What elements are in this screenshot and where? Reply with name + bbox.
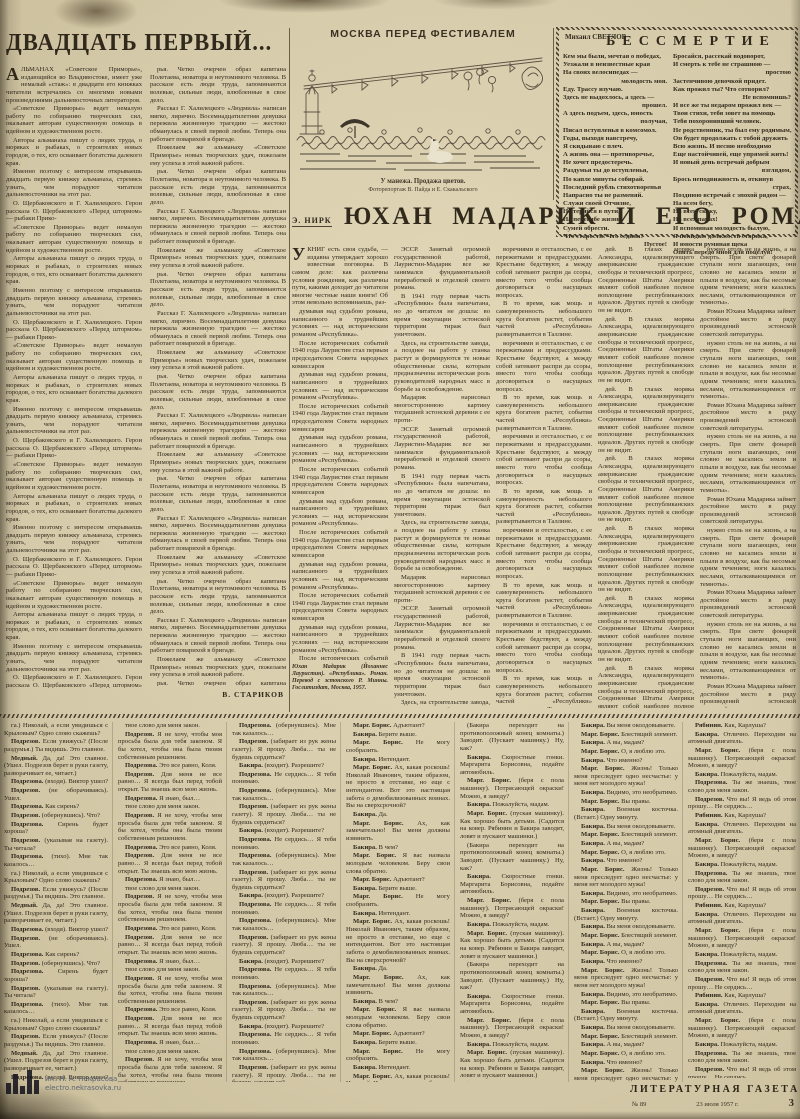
play-line: Подрезова. (входя). Виктор ушел?	[4, 926, 108, 934]
play-line: Подрезов. (указывая на газету). Ты читал…	[4, 985, 108, 1000]
poem-line: Что старости! Что седина?	[563, 233, 667, 241]
play-line: Подрезов. Я не хочу, чтобы моя просьба б…	[118, 893, 222, 924]
play-line: Подрезова. Это все равно, Коля.	[118, 1006, 222, 1014]
play-line: Бакира. Пожалуйста, мадам.	[688, 1041, 796, 1049]
newspaper-page: ДВАДЦАТЬ ПЕРВЫЙ... АЛЬМАНАХ «Советское П…	[0, 0, 800, 1119]
body-paragraph: думывая над судьбою романа, написанного …	[292, 498, 388, 529]
body-paragraph: Рассказ Г. Халилецкого «Людмила» написан…	[150, 208, 286, 246]
play-line: Марг. Борис. О, я люблю это.	[574, 1050, 678, 1058]
body-paragraph: Авторы альманаха пишут о людях труда, о …	[6, 611, 142, 642]
body-paragraph: воречиями и отсталостью, с ее пережиткам…	[496, 246, 592, 299]
body-paragraph: После исторических событий 1940 года Лау…	[292, 340, 388, 371]
body-paragraph: Именно поэтому с интересом открываешь дв…	[6, 643, 142, 674]
poem-line: страх,	[673, 184, 791, 192]
play-line: Марг. Борис. Вы правы.	[574, 798, 678, 806]
play-line: Подрезов. (забирает из рук жены газету).…	[232, 803, 336, 826]
body-paragraph: Здесь, на строительстве завода, а поздне…	[394, 340, 490, 393]
body-paragraph: Именно поэтому с интересом открываешь дв…	[6, 524, 142, 555]
body-paragraph: Рассказ Г. Халилецкого «Людмила» написан…	[150, 412, 286, 450]
article2-lead-paragraph: УКНИГ есть своя судьба, — издавна утверж…	[292, 246, 388, 307]
body-paragraph: Роман Юхана Мадарика займет достойное ме…	[700, 683, 796, 708]
play-line: Медный. Да, да! Это главное. (Ушел. Подр…	[4, 755, 108, 778]
body-paragraph: нужно столь не на жизнь, а на смерть. Пр…	[700, 246, 796, 307]
body-paragraph: О. Щербаковского и Г. Халилецкого. Герои…	[6, 200, 142, 223]
play-line: Марг. Борис. Жизнь! Только меня преследу…	[574, 866, 678, 889]
body-paragraph: Пожелаем же альманаху «Советское Приморь…	[150, 144, 286, 167]
play-line: Марг. Борис. (беря с пола машинку). Потр…	[460, 777, 564, 800]
issue-number: № 89	[632, 1101, 646, 1108]
body-paragraph: Рассказ Г. Халилецкого «Людмила» написан…	[150, 515, 286, 553]
play-line: Марг. Борис. (пуская машинку). Как хорош…	[460, 1049, 564, 1080]
play-line: Марг. Борис. (беря с пола машинку). Потр…	[688, 1017, 796, 1040]
play-line: Бакира. Скоростные гонки. Маргарита Бори…	[460, 993, 564, 1016]
play-line: Бакира. Отлично. Переходим на атомный дв…	[688, 1001, 796, 1016]
masthead: ЛИТЕРАТУРНАЯ ГАЗЕТА	[630, 1084, 796, 1095]
play-line: Марг. Борис. О, я люблю это.	[574, 949, 678, 957]
body-paragraph: рья. Четко очерчен образ капитана Полета…	[150, 475, 286, 513]
play-line: Бакира. (входит). Разрешите?	[232, 1023, 336, 1031]
play-line: Подрезова. Не сердись… Я тебя понимаю.	[232, 901, 336, 916]
play-line: Бакира. Интендант.	[346, 1064, 450, 1072]
article1-title: ДВАДЦАТЬ ПЕРВЫЙ...	[6, 30, 274, 57]
body-paragraph: «Советское Приморье» ведет немалую работ…	[6, 342, 142, 373]
play-line: Подрезова. Не сердись… Я тебя понимаю.	[232, 836, 336, 851]
play-line: Подрезов. Что вы! Я ведь об этом прошу… …	[688, 1066, 796, 1078]
play-line: Бакира. Пожалуйста, мадам.	[460, 801, 564, 809]
body-paragraph: дей. В глазах моряка Александра, идеализ…	[598, 386, 694, 455]
body-paragraph: рья. Четко очерчен образ капитана Полета…	[150, 271, 286, 309]
play-line: Бакира. Видимо, это необратимо.	[574, 991, 678, 999]
play-line: Марг. Борис. (беря с пола машинку). Потр…	[460, 897, 564, 920]
play-line: Подрезов. Если увижусь? (После раздумья.…	[4, 886, 108, 901]
play-column-5: (Бакира переходит на противоположный кон…	[460, 722, 564, 1082]
play-line: Бакира. А вы, мадам?	[574, 941, 678, 949]
body-paragraph: В то время, как мощь и самоуверенность н…	[496, 394, 592, 432]
body-paragraph: ЭССР. Занятый огромной государственной р…	[394, 426, 490, 472]
play-column-2: твое слово для меня закон.Подрезов. Я не…	[118, 722, 222, 1082]
play-line: Бакира. Военная косточка. (Встает.) Одну…	[574, 806, 678, 821]
play-line: Бакира. Что именно?	[574, 1059, 678, 1067]
play-line: твое слово для меня закон.	[118, 885, 222, 893]
play-line: Марг. Борис. Вы правы.	[574, 999, 678, 1007]
play-line: твое слово для меня закон.	[118, 966, 222, 974]
play-column-1: га.) Николай, а если увидишься с Крыловы…	[4, 722, 108, 1082]
page-number: 3	[788, 1097, 794, 1109]
body-paragraph: думывая над судьбою романа, написанного …	[292, 308, 388, 339]
play-line: Бакира. Военная косточка. (Встает.) Одну…	[574, 1008, 678, 1023]
play-line: Марг. Борис. Блестящий элемент.	[574, 932, 678, 940]
play-line: Марг. Борис. О, я люблю это.	[574, 849, 678, 857]
play-line: Подрезова. Не сердись… Я тебя понимаю.	[232, 1031, 336, 1046]
play-line: Рябинин. Как, Карлуша?	[688, 812, 796, 820]
play-line: Подрезов. (указывая на газету). Ты читал…	[4, 837, 108, 852]
play-line: Бакира. В чем?	[346, 844, 450, 852]
body-paragraph: Пожелаем же альманаху «Советское Приморь…	[150, 554, 286, 577]
play-line: (Бакира переходит на противоположный кон…	[460, 722, 564, 753]
play-line: Подрезов. Я не хочу, чтобы моя просьба б…	[118, 812, 222, 843]
play-line: Подрезов. Если увижусь? (После раздумья.…	[4, 738, 108, 753]
body-paragraph: В то время, как мощь и самоуверенность н…	[496, 300, 592, 338]
play-line: Бакира. Отлично. Переходим на атомный дв…	[688, 821, 796, 836]
play-line: Бакира. Интендант.	[346, 910, 450, 918]
play-line: Подрезов. Что вы! Я ведь об этом прошу… …	[688, 886, 796, 901]
play-line: Бакира. Вы меня околдовываете.	[574, 823, 678, 831]
poem-line: Напрасно ты не разменяй.	[563, 192, 667, 200]
play-line: Подрезова. Ты же знаешь, твое слово для …	[688, 1050, 796, 1065]
poem-line: По капле минуты собирай.	[563, 176, 667, 184]
body-paragraph: дей. В глазах моряка Александра, идеализ…	[598, 525, 694, 594]
library-logo-icon	[6, 1070, 39, 1094]
play-line: га.) Николай, а если увидишься с Крыловы…	[4, 870, 108, 885]
body-paragraph: «Советское Приморье» ведет немалую работ…	[6, 580, 142, 611]
body-paragraph: Именно поэтому с интересом открываешь дв…	[6, 168, 142, 199]
body-paragraph: Пожелаем же альманаху «Советское Приморь…	[150, 349, 286, 372]
body-paragraph: Роман Юхана Мадарика займет достойное ме…	[700, 589, 796, 620]
play-line: Марг. Борис. Ах, какая роскошь! Николай …	[346, 1073, 450, 1082]
play-line: Бакира. Пожалуйста, мадам.	[688, 861, 796, 869]
library-watermark: им. Н. А. Некрасова electro.nekrasovka.r…	[6, 1070, 121, 1094]
poem-line: прошел.	[563, 102, 667, 110]
body-paragraph: О. Щербаковского и Г. Халилецкого. Герои…	[6, 319, 142, 342]
body-paragraph: нужно столь не на жизнь, а на смерть. Пр…	[700, 527, 796, 588]
play-line: Бакира. (входит). Разрешите?	[232, 827, 336, 835]
body-paragraph: После исторических событий 1940 года Лау…	[292, 466, 388, 497]
play-line: Подрезов. Я не хочу, чтобы моя просьба б…	[118, 975, 222, 1006]
play-line: Марг. Борис. Жизнь! Только меня преследу…	[574, 967, 678, 990]
play-line: Подрезов. (забирает из рук жены газету).…	[232, 738, 336, 761]
play-line: Подрезов. (обернувшись). Что?	[4, 960, 108, 968]
body-paragraph: дей. В глазах моряка Александра, идеализ…	[598, 246, 694, 315]
play-line: (Бакира переходит на противоположный кон…	[460, 842, 564, 873]
play-line: Бакира. Отлично. Переходим на атомный дв…	[688, 731, 796, 746]
body-paragraph: После исторических событий 1940 года Лау…	[292, 655, 388, 660]
play-line: Подрезова. (обернувшись). Мне так казало…	[232, 852, 336, 867]
play-line: Бакира. Пожалуйста, мадам.	[460, 921, 564, 929]
play-line: твое слово для меня закон.	[118, 722, 222, 730]
play-line: Марг. Борис. Ах, как замечательно! Вы ме…	[346, 820, 450, 843]
play-line: Марг. Борис. (беря с пола машинку). Потр…	[688, 747, 796, 770]
poem-line: Не вспомнишь?	[673, 94, 791, 102]
poem-line: Годы, выходя навстречу,	[563, 135, 667, 143]
play-line: Подрезова. Как сирень?	[4, 803, 108, 811]
play-line: Подрезова. Я знаю, был…	[118, 795, 222, 803]
poem-author: Михаил СВЕТЛОВ	[565, 33, 626, 41]
poem-line: Еду. Трассу изучаю.	[563, 86, 667, 94]
play-line: Подрезов. Для меня не все равно… Я всегд…	[118, 1015, 222, 1038]
body-paragraph: рья. Четко очерчен образ капитана Полета…	[150, 66, 286, 104]
poem-line: И новый день встречай добрым	[673, 159, 791, 167]
play-line: Марг. Борис. Ах, какая роскошь! Николай …	[346, 918, 450, 964]
play-col-rule	[226, 722, 227, 1082]
play-line: Бакира. Видимо, это необратимо.	[574, 789, 678, 797]
play-line: Подрезова. Сирень будет хороша?	[4, 821, 108, 836]
play-line: Бакира. Берите выше.	[346, 731, 450, 739]
body-paragraph: рья. Четко очерчен образ капитана Полета…	[150, 680, 286, 686]
body-paragraph: О. Щербаковского и Г. Халилецкого. Герои…	[6, 437, 142, 460]
play-line: Бакира. Пожалуйста, мадам.	[688, 771, 796, 779]
play-line: Марг. Борис. Не могу сообразить.	[346, 1048, 450, 1063]
play-line: Подрезов. (забирает из рук жены газету).…	[232, 869, 336, 892]
play-line: Марг. Борис. Ах, как замечательно! Вы ме…	[346, 974, 450, 997]
play-line: Подрезов. Для меня не все равно… Я всегд…	[118, 771, 222, 794]
play-line: Марг. Борис. (беря с пола машинку). Потр…	[688, 927, 796, 950]
play-line: Марг. Борис. Блестящий элемент.	[574, 731, 678, 739]
play-line: Бакира. Отлично. Переходим на атомный дв…	[688, 911, 796, 926]
play-line: Бакира. Берите выше.	[346, 1039, 450, 1047]
body-paragraph: Авторы альманаха пишут о людях труда, о …	[6, 137, 142, 168]
play-line: Подрезова. Ты же знаешь, твое слово для …	[688, 779, 796, 794]
poem-line: Кем мы были, мечтая о победах,	[563, 53, 667, 61]
play-line: Медный. Да, да! Это главное. (Ушел. Подр…	[4, 902, 108, 925]
play-line: Подрезова. Не сердись… Я тебя понимаю.	[232, 966, 336, 981]
body-paragraph: воречиями и отсталостью, с ее пережиткам…	[496, 527, 592, 580]
body-paragraph: В то время, как мощь и самоуверенность н…	[496, 675, 592, 708]
play-line: Бакира. Что именно?	[574, 958, 678, 966]
poem-line: Я покидаю должность старика,	[673, 233, 791, 241]
article1-signature: В. СТАРИКОВ	[148, 690, 284, 699]
play-line: Рябинин. Как, Карлуша?	[688, 722, 796, 730]
body-paragraph: Роман Юхана Мадарика займет достойное ме…	[700, 308, 796, 339]
poem-line: Брось неподвижность и, откинув	[673, 176, 791, 184]
play-line: Рябинин. Как, Карлуша?	[688, 992, 796, 1000]
poem-line: Твои стихи, тебя зовет на помощь	[673, 110, 791, 118]
poem-line: получая,	[563, 118, 667, 126]
newspaper-footer: ЛИТЕРАТУРНАЯ ГАЗЕТА № 89 23 июля 1957 г.…	[630, 1084, 796, 1109]
play-line: Подрезова. Это все равно, Коля.	[118, 762, 222, 770]
poem-line: простою	[673, 69, 791, 77]
poem-line: Бросайся, рассекай водоворот,	[673, 53, 791, 61]
play-line: Подрезова. Это все равно, Коля.	[118, 844, 222, 852]
article2-column-4: дей. В глазах моряка Александра, идеализ…	[598, 246, 694, 708]
poem-line: Еще настойчивей, еще упрямей жить!	[673, 151, 791, 159]
body-paragraph: рья. Четко очерчен образ капитана Полета…	[150, 168, 286, 206]
body-paragraph: думывая над судьбою романа, написанного …	[292, 434, 388, 465]
play-line: Подрезов. (обернувшись). Что?	[4, 812, 108, 820]
play-line: Марг. Борис. (беря с пола машинку). Потр…	[460, 1017, 564, 1040]
body-paragraph: Пожелаем же альманаху «Советское Приморь…	[150, 247, 286, 270]
play-line: Подрезова. Ты же знаешь, твое слово для …	[688, 960, 796, 975]
body-paragraph: Роман Юхана Мадарика займет достойное ме…	[700, 402, 796, 433]
play-line: Подрезов. Что вы! Я ведь об этом прошу… …	[688, 796, 796, 811]
play-line: Подрезов. (забирает из рук жены газету).…	[232, 1064, 336, 1082]
play-column-3: Подрезова. (обернувшись). Мне так казало…	[232, 722, 336, 1082]
body-paragraph: рья. Четко очерчен образ капитана Полета…	[150, 373, 286, 411]
play-line: Бакира. Пожалуйста, мадам.	[688, 951, 796, 959]
issue-date: 23 июля 1957 г.	[696, 1101, 738, 1108]
play-line: Бакира. Военная косточка. (Встает.) Одну…	[574, 907, 678, 922]
body-paragraph: думывая над судьбою романа, написанного …	[292, 624, 388, 655]
poem-line: Раздумья ты до вступленья,	[563, 167, 667, 175]
play-line: Подрезов. (забирает из рук жены газету).…	[232, 934, 336, 957]
play-line: Бакира. А вы, мадам?	[574, 840, 678, 848]
play-line: Подрезов. Если увижусь? (После раздумья.…	[4, 1033, 108, 1048]
body-paragraph: Рассказ Г. Халилецкого «Людмила» написан…	[150, 617, 286, 655]
poem-line: На своих велосипедах —	[563, 69, 667, 77]
play-col-rule	[682, 722, 683, 1082]
play-line: твое слово для меня закон.	[118, 1048, 222, 1056]
poem-line: И все же ты недаром прожил век —	[673, 102, 791, 110]
poem-line: Здесь не выдохлось, а здесь —	[563, 94, 667, 102]
body-paragraph: Авторы альманаха пишут о людях труда, о …	[6, 374, 142, 405]
poem-line: Он будет продолжать с тобой дружить	[673, 135, 791, 143]
body-paragraph: «Советское Приморье» ведет немалую работ…	[6, 224, 142, 255]
crowd-sketch-drawing	[292, 42, 554, 176]
play-line: Подрезова. (тихо). Мне так казалось…	[4, 1001, 108, 1016]
body-paragraph: После исторических событий 1940 года Лау…	[292, 529, 388, 560]
play-line: Марг. Борис. Не могу сообразить.	[346, 739, 450, 754]
play-line: Марг. Борис. Ах, какая роскошь! Николай …	[346, 764, 450, 810]
body-paragraph: ЭССР. Занятый огромной государственной р…	[394, 605, 490, 651]
play-line: га.) Николай, а если увидишься с Крыловы…	[4, 1017, 108, 1032]
body-paragraph: Авторы альманаха пишут о людях труда, о …	[6, 255, 142, 286]
play-line: Подрезов. Я не хочу, чтобы моя просьба б…	[118, 731, 222, 762]
body-paragraph: ЭССР. Занятый огромной государственной р…	[394, 246, 490, 292]
body-paragraph: дей. В глазах моряка Александра, идеализ…	[598, 665, 694, 708]
section-divider	[0, 714, 800, 718]
body-paragraph: Мадарик нарисовал многостороннюю картину…	[394, 574, 490, 605]
play-line: Подрезов. Для меня не все равно… Я всегд…	[118, 852, 222, 875]
body-paragraph: нужно столь не на жизнь, а на смерть. Пр…	[700, 621, 796, 682]
body-paragraph: После исторических событий 1940 года Лау…	[292, 403, 388, 434]
play-column-6: Бакира. Вы меня околдовываете.Марг. Бори…	[574, 722, 678, 1082]
play-line: Бакира. Да.	[346, 811, 450, 819]
body-paragraph: В то время, как мощь и самоуверенность н…	[496, 488, 592, 526]
play-line: Подрезова. (обернувшись). Мне так казало…	[232, 1048, 336, 1063]
play-col-rule	[112, 722, 113, 1082]
poem-line: Позднюю встречай с эпохой рядом —	[673, 192, 791, 200]
poem-line: Не родственник, ты был ему родимым,	[673, 127, 791, 135]
play-line: Марг. Борис. Адъютант?	[346, 1030, 450, 1038]
play-line: Марг. Борис. (пуская машинку). Как хорош…	[460, 930, 564, 961]
poem-line: Как прожил ты? Что сотворил?	[673, 86, 791, 94]
play-line: Бакира. Да.	[346, 965, 450, 973]
body-paragraph: В то время, как мощь и самоуверенность н…	[496, 582, 592, 620]
library-url[interactable]: electro.nekrasovka.ru	[45, 1084, 121, 1093]
play-line: Подрезова. (обернувшись). Мне так казало…	[232, 722, 336, 737]
play-line: Марг. Борис. Блестящий элемент.	[574, 1033, 678, 1041]
body-paragraph: В 1941 году первая часть «Республики» бы…	[394, 293, 490, 339]
article1-column-2: рья. Четко очерчен образ капитана Полета…	[150, 66, 286, 686]
body-paragraph: думывая над судьбою романа, написанного …	[292, 561, 388, 592]
article2-column-2: ЭССР. Занятый огромной государственной р…	[394, 246, 490, 708]
play-line: Бакира. Берите выше.	[346, 885, 450, 893]
body-paragraph: дей. В глазах моряка Александра, идеализ…	[598, 316, 694, 385]
play-line: Бакира. Вы меня околдовываете.	[574, 1024, 678, 1032]
photo-feature-title: МОСКВА ПЕРЕД ФЕСТИВАЛЕМ	[292, 28, 554, 40]
body-paragraph: думывая над судьбою романа, написанного …	[292, 371, 388, 402]
poem-line: А здесь подъем, здесь, юность	[563, 110, 667, 118]
play-line: Марг. Борис. Вы правы.	[574, 898, 678, 906]
play-line: Бакира. (входит). Разрешите?	[232, 892, 336, 900]
poem-line: Тебя похоронивший человек.	[673, 118, 791, 126]
play-line: Бакира. Пожалуйста, мадам.	[460, 1041, 564, 1049]
poem-line: Всю жизнь. И песню необходимо	[673, 143, 791, 151]
play-line: Бакира. А вы, мадам?	[574, 739, 678, 747]
play-line: Подрезова. (входя). Виктор ушел?	[4, 778, 108, 786]
photo-caption: У манежа. Продажа цветов.	[292, 178, 554, 185]
play-line: Марг. Борис. Я вас назвала молодым челов…	[346, 1006, 450, 1029]
play-line: Подрезова. Сирень будет хороша?	[4, 968, 108, 983]
play-line: (Бакира переходит на противоположный кон…	[460, 1081, 564, 1082]
play-line: Бакира. А вы, мадам?	[574, 1041, 678, 1049]
play-line: га.) Николай, а если увидишься с Крыловы…	[4, 722, 108, 737]
poem-line: И смерть к тебе не страшною —	[673, 61, 791, 69]
play-line: Бакира. Видимо, это необратимо.	[574, 890, 678, 898]
play-line: Бакира. Скоростные гонки. Маргарита Бори…	[460, 754, 564, 777]
photo-credit: Фоторепортаж В. Пайда и Е. Скакальского	[292, 187, 554, 193]
body-paragraph: «Советское Приморье» ведет немалую работ…	[6, 461, 142, 492]
article1-column-1: АЛЬМАНАХ «Советское Приморье», издающийс…	[6, 66, 142, 688]
article2-title: ЮХАН МАДАРИК И ЕГО РОМАН	[344, 203, 784, 231]
play-line: Рябинин. Как, Карлуша?	[688, 902, 796, 910]
poem-line: Застенчивою девочкой придет.	[673, 78, 791, 86]
body-paragraph: «Советское Приморье» ведет немалую работ…	[6, 105, 142, 136]
play-line: Марг. Борис. (беря с пола машинку). Потр…	[688, 837, 796, 860]
play-line: Марг. Борис. О, я люблю это.	[574, 748, 678, 756]
poem-line: Не хочет предостеречь.	[563, 159, 667, 167]
play-line: Подрезова. Ты же знаешь, твое слово для …	[688, 870, 796, 885]
body-paragraph: нужно столь не на жизнь, а на смерть. Пр…	[700, 433, 796, 494]
play-col-rule	[568, 722, 569, 1082]
column-rule-left	[289, 28, 290, 712]
play-line: Марг. Борис. Не могу сообразить.	[346, 893, 450, 908]
play-line: Марг. Борис. Блестящий элемент.	[574, 831, 678, 839]
play-column-7: Рябинин. Как, Карлуша?Бакира. Отлично. П…	[688, 722, 796, 1078]
poem-line: А жизнь она — противоречье,	[563, 151, 667, 159]
play-line: Марг. Борис. Адъютант?	[346, 876, 450, 884]
play-line: Марг. Борис. Жизнь! Только меня преследу…	[574, 1067, 678, 1082]
body-paragraph: Рассказ Г. Халилецкого «Людмила» написан…	[150, 105, 286, 143]
play-line: Подрезова. (обернувшись). Мне так казало…	[232, 787, 336, 802]
library-name: им. Н. А. Некрасова	[45, 1075, 121, 1084]
play-line: Подрезова. Я знаю, был…	[118, 876, 222, 884]
play-line: Подрезова. (тихо). Мне так казалось…	[4, 853, 108, 868]
play-line: Подрезова. Я знаю, был…	[118, 958, 222, 966]
body-paragraph: Здесь, на строительстве завода, а поздне…	[394, 699, 490, 708]
body-paragraph: Здесь, на строительстве завода, а поздне…	[394, 519, 490, 572]
play-line: Подрезов. (забирает из рук жены газету).…	[232, 999, 336, 1022]
article2-column-3: воречиями и отсталостью, с ее пережиткам…	[496, 246, 592, 708]
body-paragraph: В 1941 году первая часть «Республики» бы…	[394, 652, 490, 698]
body-paragraph: рья. Четко очерчен образ капитана Полета…	[150, 578, 286, 616]
article2-byline: Э. НИРК	[292, 216, 332, 227]
poem-line: Уезжали в неизвестные края	[563, 61, 667, 69]
body-paragraph: дей. В глазах моряка Александра, идеализ…	[598, 455, 694, 524]
body-paragraph: Рассказ Г. Халилецкого «Людмила» написан…	[150, 310, 286, 348]
body-paragraph: Пожелаем же альманаху «Советское Приморь…	[150, 656, 286, 679]
poem-line: взглядом,	[673, 167, 791, 175]
play-line: Бакира. Вы меня околдовываете.	[574, 722, 678, 730]
poem-line: Я скидываю с плеч.	[563, 143, 667, 151]
article2-column-1: УКНИГ есть своя судьба, — издавна утверж…	[292, 246, 388, 660]
article1-dropcap: А	[6, 66, 21, 82]
play-col-rule	[454, 722, 455, 1082]
play-line: твое слово для меня закон.	[118, 803, 222, 811]
poem-line: Последний рубль стихотворенья	[563, 184, 667, 192]
play-line: Марг. Борис. Я вас назвала молодым челов…	[346, 852, 450, 875]
body-paragraph: В 1941 году первая часть «Республики» бы…	[394, 473, 490, 519]
play-line: Подрезова. Как сирень?	[4, 951, 108, 959]
body-paragraph: О. Щербаковского и Г. Халилецкого. Герои…	[6, 674, 142, 688]
play-line: Подрезов. Я не хочу, чтобы моя просьба б…	[118, 1056, 222, 1082]
body-paragraph: воречиями и отсталостью, с ее пережиткам…	[496, 340, 592, 393]
body-paragraph: Именно поэтому с интересом открываешь дв…	[6, 287, 142, 318]
article2-dropcap: У	[292, 246, 307, 262]
body-paragraph: Именно поэтому с интересом открываешь дв…	[6, 406, 142, 437]
play-line: Марг. Борис. (пуская машинку). Как хорош…	[460, 810, 564, 841]
poem-line: Писал вступленья в комсомол.	[563, 127, 667, 135]
article2-column-5: нужно столь не на жизнь, а на смерть. Пр…	[700, 246, 796, 708]
